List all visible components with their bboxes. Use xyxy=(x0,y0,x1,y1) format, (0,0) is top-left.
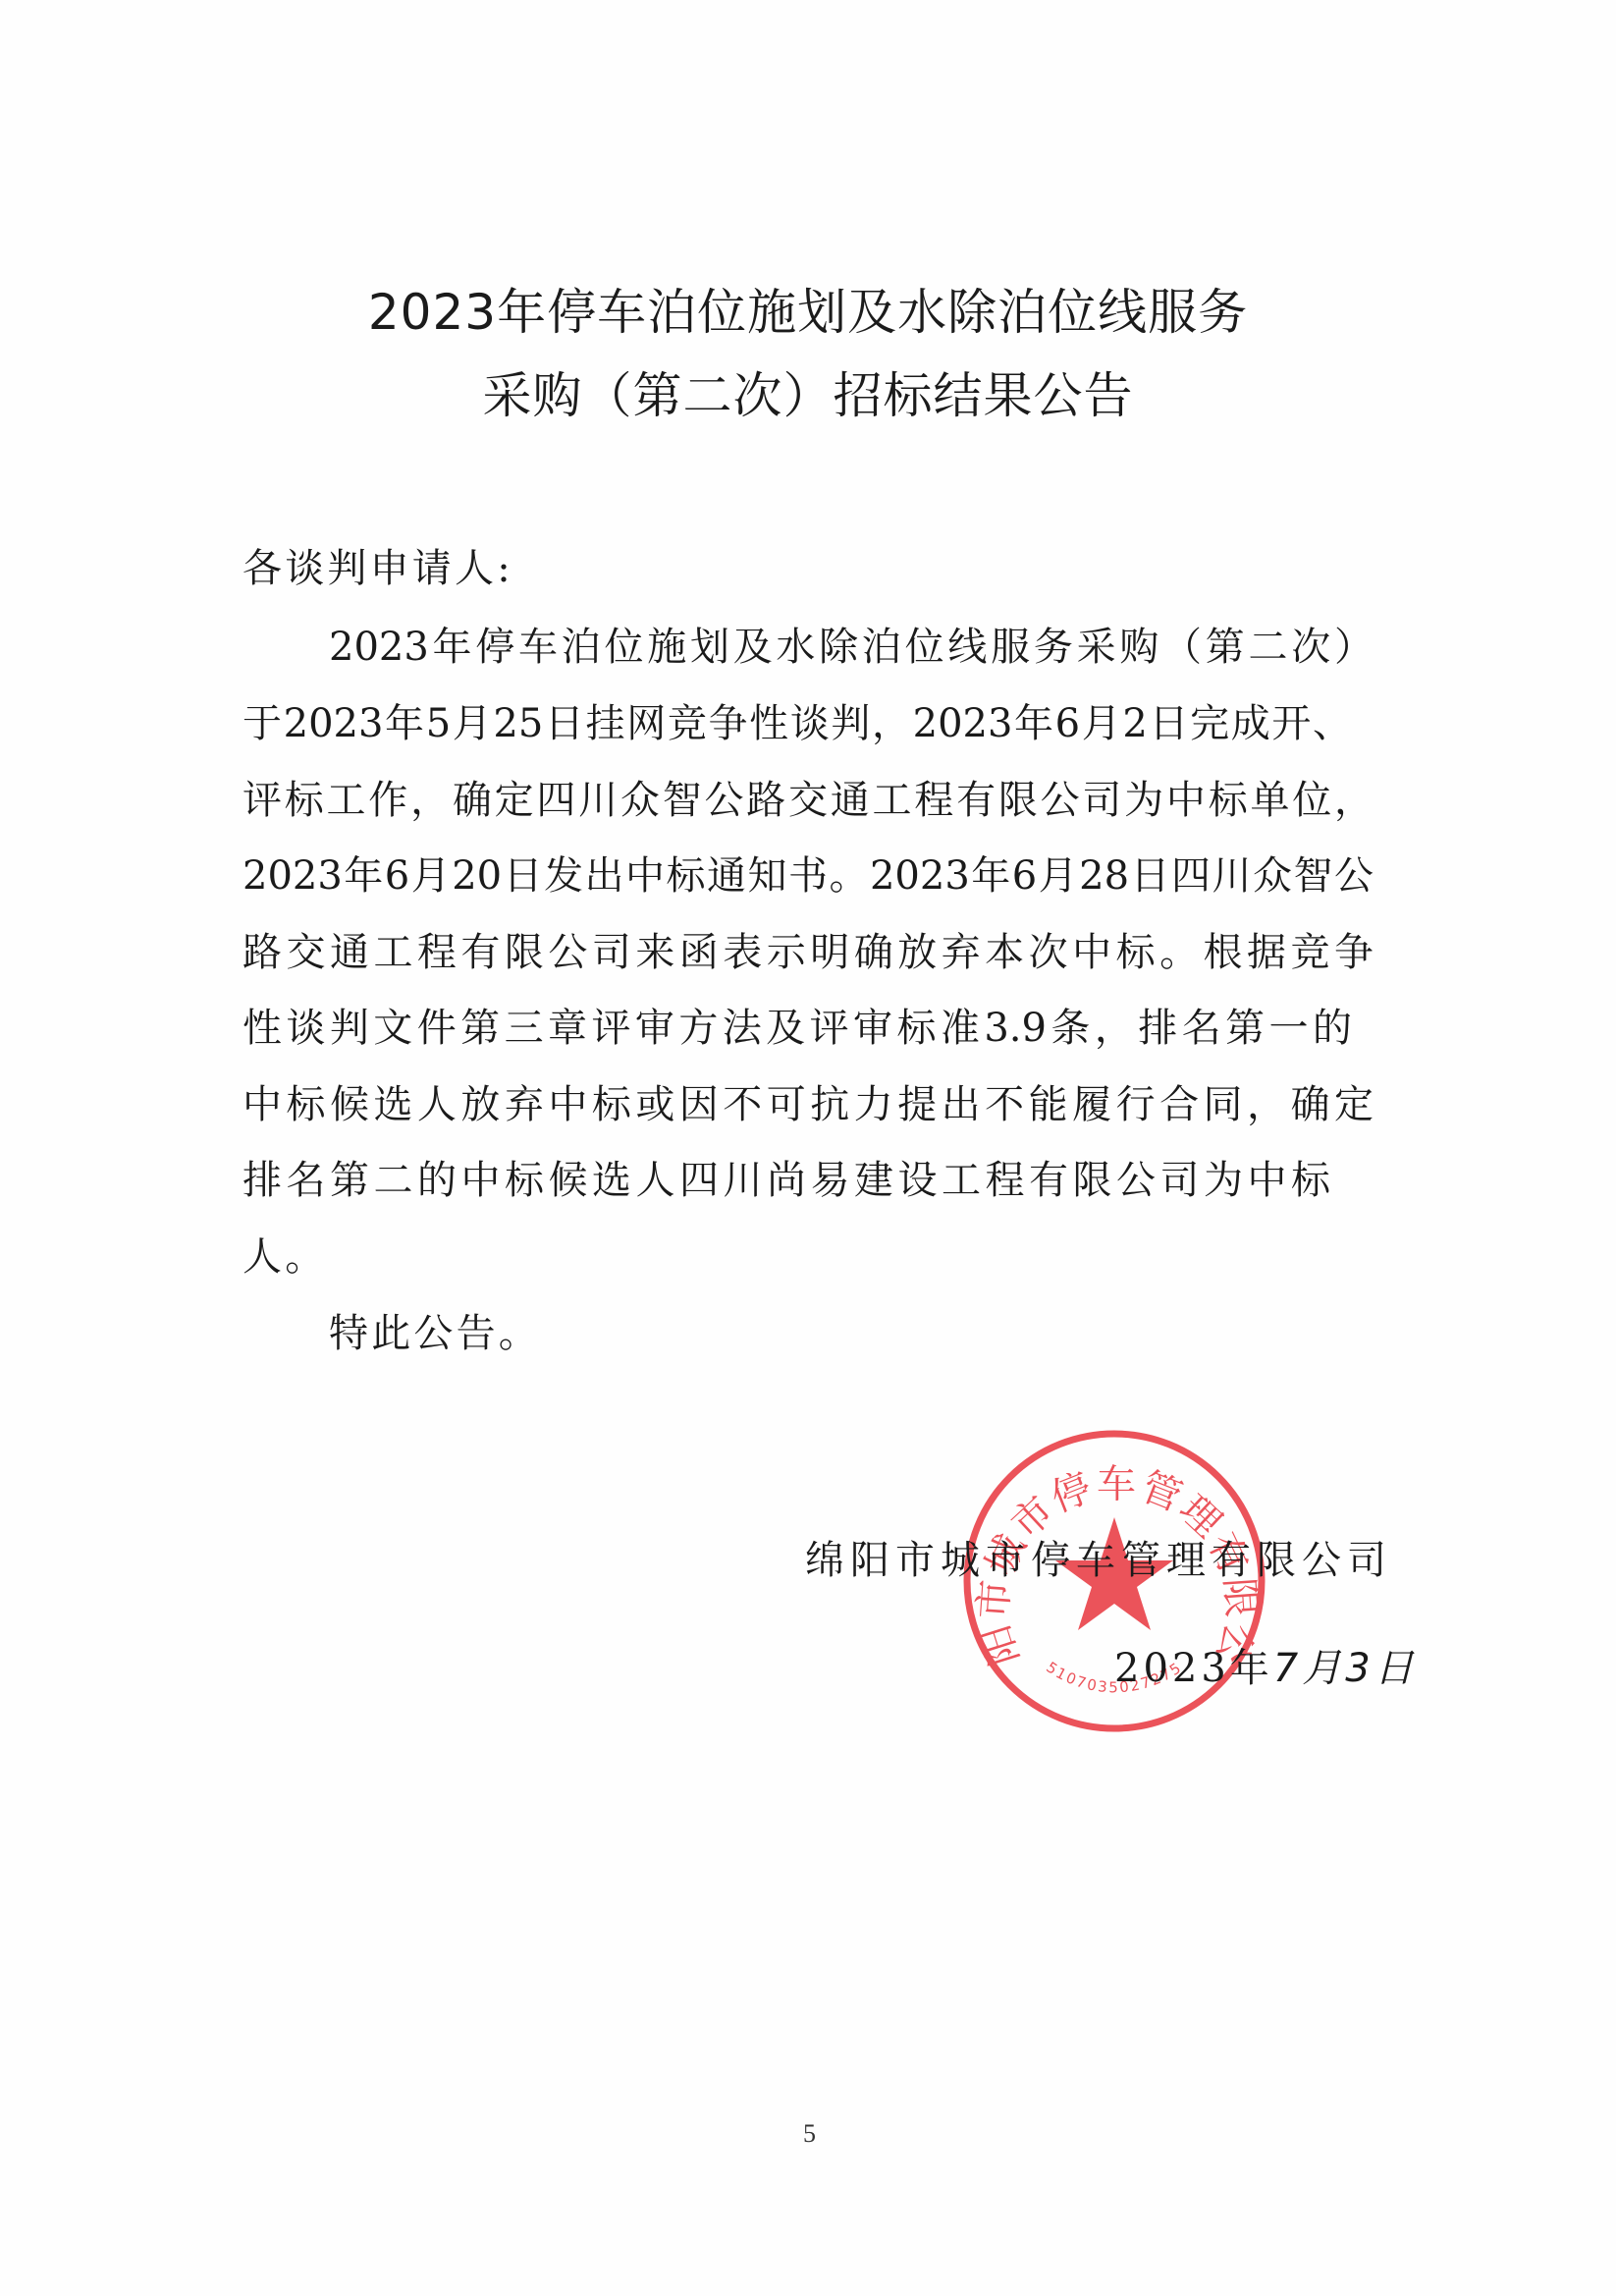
signature-company: 绵阳市城市停车管理有限公司 xyxy=(805,1535,1392,1586)
body-line: 于2023年5月25日挂网竞争性谈判，2023年6月2日完成开、 xyxy=(242,698,1352,749)
signature-date-printed: 2023年 xyxy=(1114,1646,1273,1691)
body-line: 排名第二的中标候选人四川尚易建设工程有限公司为中标 xyxy=(242,1155,1330,1206)
body-line: 2023年停车泊位施划及水除泊位线服务采购（第二次） xyxy=(329,622,1374,673)
document-title-line-2: 采购（第二次）招标结果公告 xyxy=(0,366,1616,425)
closing-line: 特此公告。 xyxy=(329,1308,541,1359)
body-line: 人。 xyxy=(242,1231,327,1283)
body-line: 2023年6月20日发出中标通知书。2023年6月28日四川众智公 xyxy=(242,850,1374,902)
body-line: 路交通工程有限公司来函表示明确放弃本次中标。根据竞争 xyxy=(242,927,1374,978)
signature-date: 2023年7月3日 xyxy=(1114,1643,1418,1694)
body-line: 性谈判文件第三章评审方法及评审标准3.9条，排名第一的 xyxy=(242,1003,1352,1054)
page-number: 5 xyxy=(803,2119,816,2149)
signature-date-handwritten: 7月3日 xyxy=(1273,1646,1418,1691)
salutation: 各谈判申请人: xyxy=(242,543,513,594)
body-line: 评标工作，确定四川众智公路交通工程有限公司为中标单位， xyxy=(242,775,1374,826)
document-title-line-1: 2023年停车泊位施划及水除泊位线服务 xyxy=(0,283,1616,342)
body-line: 中标候选人放弃中标或因不可抗力提出不能履行合同，确定 xyxy=(242,1079,1374,1130)
document-page: 2023年停车泊位施划及水除泊位线服务 采购（第二次）招标结果公告 各谈判申请人… xyxy=(0,0,1616,2296)
